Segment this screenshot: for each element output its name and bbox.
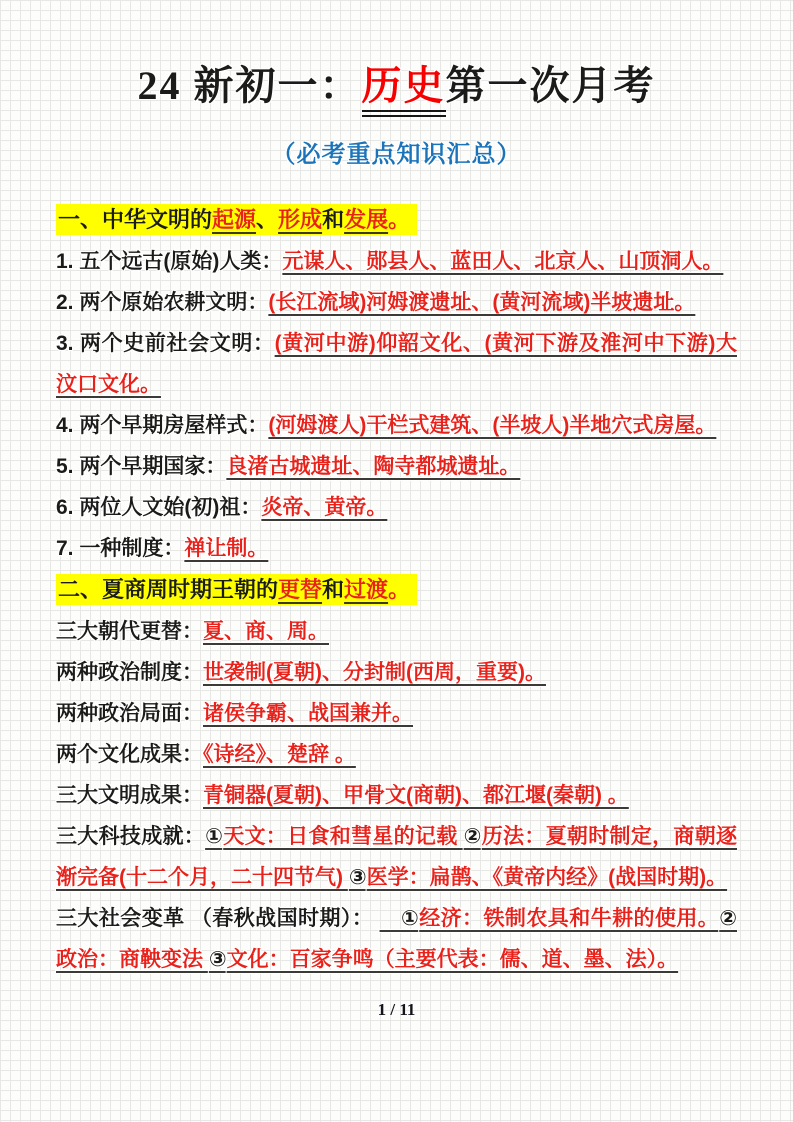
grid-paper-background: { "colors": { "text_black": "#1b1b19", "…	[0, 0, 793, 1122]
label-text: ①	[205, 825, 223, 848]
content-line: 两种政治局面：诸侯争霸、战国兼并。	[56, 693, 737, 734]
answer-text: 炎帝、黄帝。	[261, 496, 387, 519]
answer-text: (长江流域)河姆渡遗址、(黄河流域)半坡遗址。	[268, 291, 695, 314]
label-text: ①	[380, 907, 420, 930]
answer-text: 文化：百家争鸣（主要代表：儒、道、墨、法）。	[227, 948, 679, 971]
answer-text: 。	[388, 577, 410, 602]
section-heading: 一、中华文明的起源、形成和发展。	[56, 199, 737, 241]
answer-text: 更替	[278, 577, 322, 602]
label-text: ③	[209, 948, 227, 971]
label-text: 三大科技成就：	[56, 825, 205, 848]
content-line: 三大朝代更替：夏、商、周。	[56, 611, 737, 652]
label-text: 5. 两个早期国家：	[56, 455, 226, 478]
answer-text: 政治：商鞅变法	[56, 948, 209, 971]
title-segment: 第一次月考	[446, 63, 656, 108]
content-line: 5. 两个早期国家：良渚古城遗址、陶寺都城遗址。	[56, 446, 737, 487]
label-text: 一、中华文明的	[58, 207, 212, 232]
label-text: 和	[322, 577, 344, 602]
label-text: ②	[464, 825, 482, 848]
answer-text: 良渚古城遗址、陶寺都城遗址。	[226, 455, 520, 478]
label-text: 、	[256, 207, 278, 232]
answer-text: 元谋人、郧县人、蓝田人、北京人、山顶洞人。	[282, 250, 723, 273]
content-line: 3. 两个史前社会文明：(黄河中游)仰韶文化、(黄河下游及淮河中下游)大汶口文化…	[56, 323, 737, 405]
content-line: 1. 五个远古(原始)人类：元谋人、郧县人、蓝田人、北京人、山顶洞人。	[56, 241, 737, 282]
answer-text: 起源	[212, 207, 256, 232]
content-line: 7. 一种制度：禅让制。	[56, 528, 737, 569]
page-number: 1 / 11	[56, 1000, 737, 1020]
label-text: 6. 两位人文始(初)祖：	[56, 496, 261, 519]
label-text: ③	[349, 866, 367, 889]
answer-text: 夏、商、周。	[203, 620, 329, 643]
answer-text: (河姆渡人)干栏式建筑、(半坡人)半地穴式房屋。	[268, 414, 716, 437]
label-text: 7. 一种制度：	[56, 537, 184, 560]
answer-text: 过渡	[344, 577, 388, 602]
answer-text: 禅让制。	[184, 537, 268, 560]
answer-text: 医学：扁鹊、《黄帝内经》(战国时期)。	[367, 866, 728, 889]
content-line: 2. 两个原始农耕文明：(长江流域)河姆渡遗址、(黄河流域)半坡遗址。	[56, 282, 737, 323]
answer-text: 诸侯争霸、战国兼并。	[203, 702, 413, 725]
answer-text: 。	[388, 207, 410, 232]
label-text: 二、夏商周时期王朝的	[58, 577, 278, 602]
answer-text: 世袭制(夏朝)、分封制(西周，重要)。	[203, 661, 546, 684]
document-subtitle: （必考重点知识汇总）	[56, 134, 737, 169]
label-text: 两种政治制度：	[56, 661, 203, 684]
answer-text: 形成	[278, 207, 322, 232]
label-text: 4. 两个早期房屋样式：	[56, 414, 268, 437]
yellow-highlight: 二、夏商周时期王朝的更替和过渡。	[56, 574, 417, 605]
label-text: 2. 两个原始农耕文明：	[56, 291, 268, 314]
content-line: 4. 两个早期房屋样式：(河姆渡人)干栏式建筑、(半坡人)半地穴式房屋。	[56, 405, 737, 446]
label-text: 和	[322, 207, 344, 232]
label-text: ②	[719, 907, 737, 930]
label-text: 3. 两个史前社会文明：	[56, 332, 275, 355]
label-text: 1. 五个远古(原始)人类：	[56, 250, 282, 273]
content-line: 三大科技成就：①天文：日食和彗星的记载 ②历法：夏朝时制定，商朝逐渐完备(十二个…	[56, 816, 737, 898]
content-line: 6. 两位人文始(初)祖：炎帝、黄帝。	[56, 487, 737, 528]
answer-text: 天文：日食和彗星的记载	[223, 825, 463, 848]
answer-text: 发展	[344, 207, 388, 232]
label-text: 三大朝代更替：	[56, 620, 203, 643]
content-line: 三大文明成果：青铜器(夏朝)、甲骨文(商朝)、都江堰(秦朝) 。	[56, 775, 737, 816]
yellow-highlight: 一、中华文明的起源、形成和发展。	[56, 204, 417, 235]
content-line: 两个文化成果：《诗经》、楚辞 。	[56, 734, 737, 775]
answer-text: 青铜器(夏朝)、甲骨文(商朝)、都江堰(秦朝) 。	[203, 784, 629, 807]
title-segment: 历史	[362, 63, 446, 117]
answer-text: 《诗经》、楚辞 。	[203, 743, 356, 766]
label-text: 两种政治局面：	[56, 702, 203, 725]
label-text: 三大社会变革 （春秋战国时期）：	[56, 907, 380, 930]
document-body: 一、中华文明的起源、形成和发展。1. 五个远古(原始)人类：元谋人、郧县人、蓝田…	[56, 199, 737, 980]
title-segment: 24 新初一：	[138, 63, 362, 108]
label-text: 三大文明成果：	[56, 784, 203, 807]
content-line: 三大社会变革 （春秋战国时期）： ①经济：铁制农具和牛耕的使用。②政治：商鞅变法…	[56, 898, 737, 980]
document-title: 24 新初一：历史第一次月考	[56, 62, 737, 110]
document-page: 24 新初一：历史第一次月考 （必考重点知识汇总） 一、中华文明的起源、形成和发…	[0, 0, 793, 1020]
section-heading: 二、夏商周时期王朝的更替和过渡。	[56, 569, 737, 611]
answer-text: 经济：铁制农具和牛耕的使用。	[419, 907, 719, 930]
label-text: 两个文化成果：	[56, 743, 203, 766]
content-line: 两种政治制度：世袭制(夏朝)、分封制(西周，重要)。	[56, 652, 737, 693]
